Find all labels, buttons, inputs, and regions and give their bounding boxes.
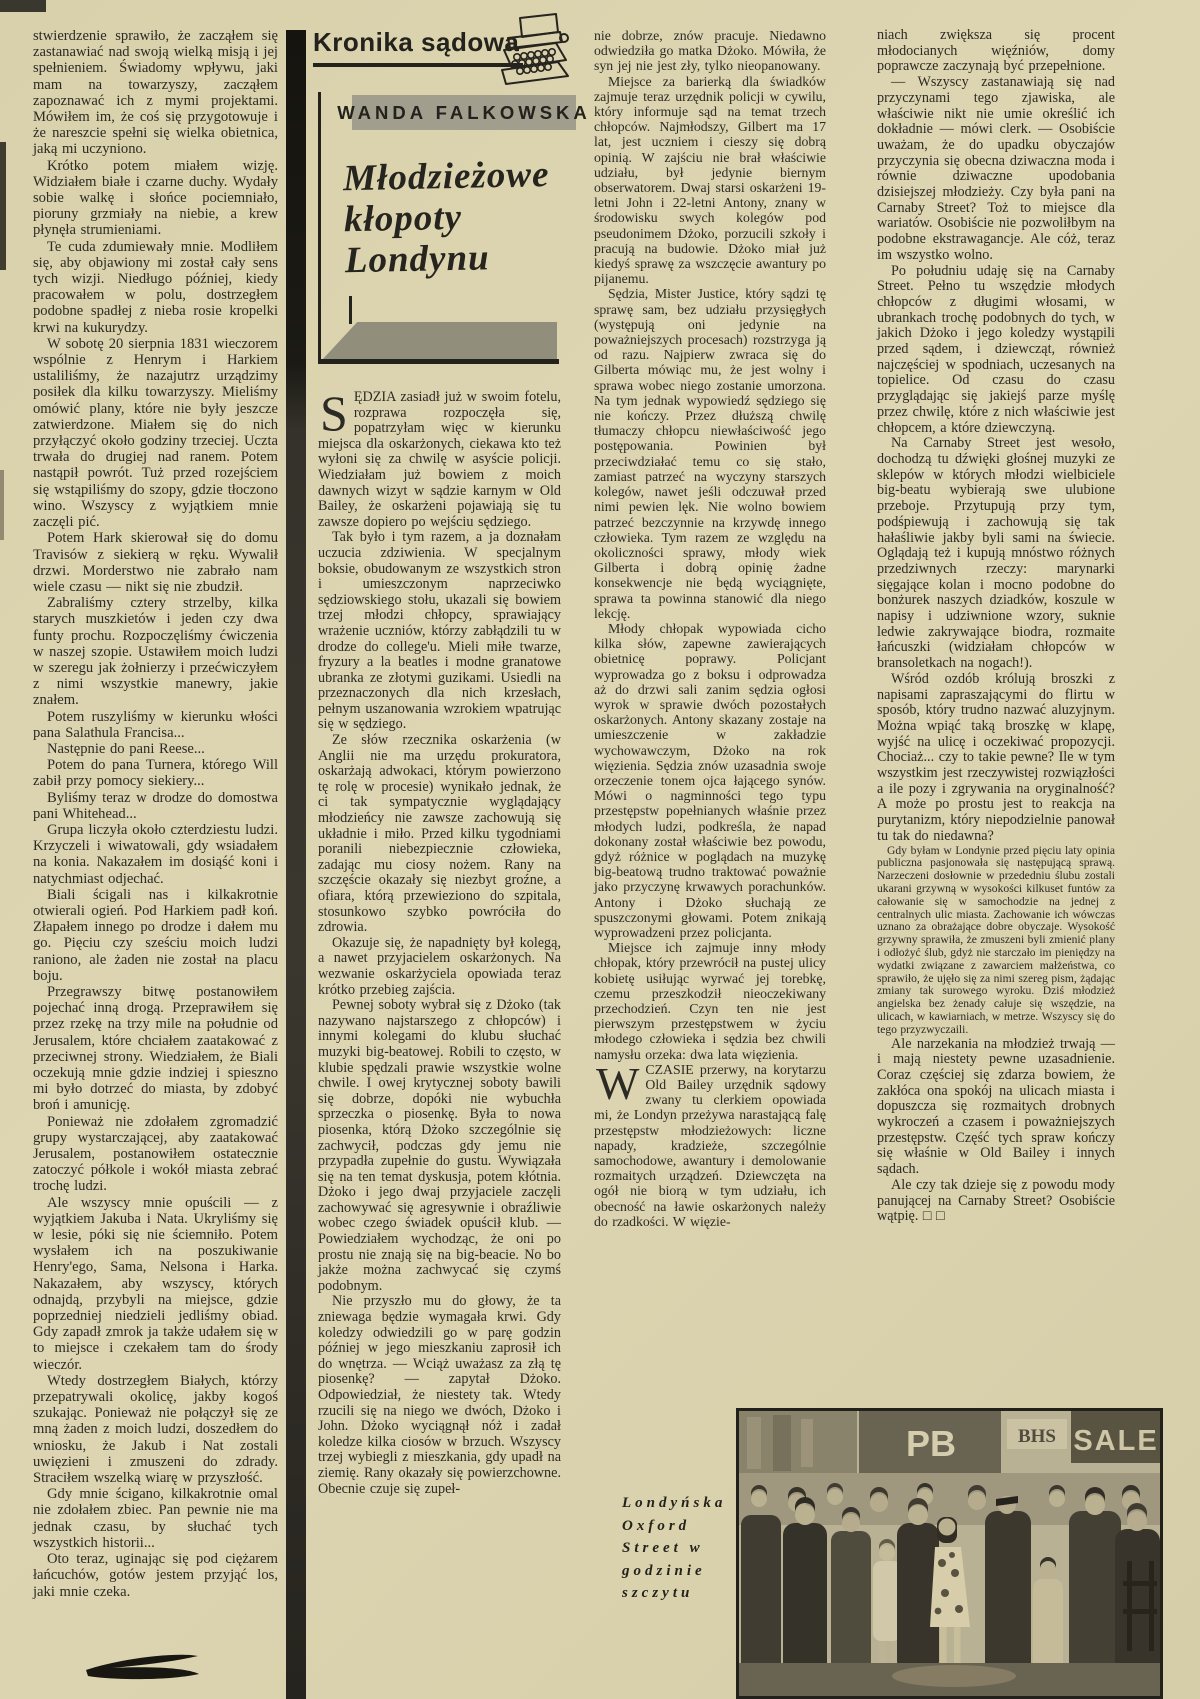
paragraph: Miejsce za barierką dla świadków zajmuje…: [594, 74, 826, 287]
column-1: stwierdzenie sprawiło, że zacząłem się z…: [33, 28, 278, 1600]
paragraph: Ale wszyscy mnie opuścili — z wyjątkiem …: [33, 1195, 278, 1373]
paragraph: Potem do pana Turnera, którego Will zabi…: [33, 757, 278, 789]
paragraph: — Wszyscy zastanawiają się nad przyczyna…: [877, 75, 1115, 263]
title-frame-left-rule: [318, 92, 321, 362]
paragraph: Wtedy dostrzegłem Białych, którzy przepa…: [33, 1373, 278, 1486]
title-frame-tick: [349, 296, 352, 324]
column-3: nie dobrze, znów pracuje. Niedawno odwie…: [594, 28, 826, 1229]
paragraph: W sobotę 20 sierpnia 1831 wieczorem wspó…: [33, 336, 278, 530]
paragraph: stwierdzenie sprawiło, że zacząłem się z…: [33, 28, 278, 158]
title-frame-bottom-rule: [318, 359, 559, 364]
paragraph: Biali ścigali nas i kilkakrotnie otwiera…: [33, 887, 278, 984]
lead-text: ĘDZIA zasiadł już w swoim fotelu, rozpra…: [318, 389, 561, 530]
paragraph: niach zwiększa się procent młodocianych …: [877, 28, 1115, 75]
ink-brush-mark: [82, 1648, 202, 1694]
scan-artifact-edge: [0, 142, 6, 270]
newspaper-page: Kronika sądowa WANDA FALKOWSKA Młodzieżo…: [0, 0, 1200, 1699]
typewriter-icon: [494, 12, 570, 90]
paragraph: Na Carnaby Street jest wesoło, dochodzą …: [877, 436, 1115, 672]
byline-author: WANDA FALKOWSKA: [337, 102, 591, 124]
column-4: niach zwiększa się procent młodocianych …: [877, 28, 1115, 1225]
paragraph: Te cuda zdumiewały mnie. Modliłem się, a…: [33, 239, 278, 336]
dropcap-s: S: [318, 390, 354, 433]
paragraph: Zabraliśmy cztery strzelby, kilka staryc…: [33, 595, 278, 708]
lead-paragraph: WCZASIE przerwy, na korytarzu Old Bailey…: [594, 1062, 826, 1229]
paragraph: Krótko potem miałem wizję. Widziałem bia…: [33, 158, 278, 239]
fine-print-paragraph: Gdy byłam w Londynie przed pięciu laty o…: [877, 845, 1115, 1037]
paragraph: Pewnej soboty wybrał się z Dżoko (tak na…: [318, 998, 561, 1294]
byline-bar: WANDA FALKOWSKA: [352, 95, 576, 130]
paragraph: Byliśmy teraz w drodze do domostwa pani …: [33, 790, 278, 822]
photo-illustration: PB BHS SALE: [739, 1411, 1160, 1696]
paragraph: Wśród ozdób królują broszki z napisami z…: [877, 672, 1115, 845]
paragraph: Następnie do pani Reese...: [33, 741, 278, 757]
paragraph: Nie przyszło mu do głowy, że ta zniewaga…: [318, 1294, 561, 1497]
scan-artifact-corner: [0, 0, 46, 12]
paragraph: Ze słów rzecznika oskarżenia (w Anglii n…: [318, 733, 561, 936]
column-divider-rule: [286, 30, 306, 1699]
street-photo: PB BHS SALE: [736, 1408, 1163, 1699]
paragraph: Sędzia, Mister Justice, który sądzi tę s…: [594, 286, 826, 620]
paragraph: Potem Hark skierował się do domu Travisó…: [33, 530, 278, 595]
paragraph: Oto teraz, uginając się pod ciężarem łań…: [33, 1551, 278, 1600]
dropcap-w: W: [594, 1062, 645, 1103]
paragraph: Miejsce ich zajmuje inny młody chłopak, …: [594, 940, 826, 1062]
paragraph: Tak było i tym razem, a ja doznałam uczu…: [318, 530, 561, 733]
closing-paragraph-with-end-marks: Ale czy tak dzieje się z powodu mody pan…: [877, 1178, 1115, 1225]
paragraph: Okazuje się, że napadnięty był kolegą, a…: [318, 936, 561, 998]
title-frame-shadow: [322, 322, 557, 360]
paragraph: Ale narzekania na młodzież trwają — i ma…: [877, 1037, 1115, 1178]
paragraph: nie dobrze, znów pracuje. Niedawno odwie…: [594, 28, 826, 74]
column-2: SĘDZIA zasiadł już w swoim fotelu, rozpr…: [318, 390, 561, 1497]
section-header: Kronika sądowa: [313, 27, 523, 67]
article-title: Młodzieżowe kłopoty Londynu: [343, 154, 566, 282]
paragraph: Gdy mnie ścigano, kilkakrotnie omal nie …: [33, 1486, 278, 1551]
paragraph: Ponieważ nie zdołałem zgromadzić grupy w…: [33, 1114, 278, 1195]
paragraph: Grupa liczyła około czterdziestu ludzi. …: [33, 822, 278, 887]
paragraph: Przegrawszy bitwę postanowiłem pojechać …: [33, 984, 278, 1114]
photo-caption: Londyńska Oxford Street w godzinie szczy…: [622, 1492, 742, 1605]
paragraph: Po południu udaję się na Carnaby Street.…: [877, 264, 1115, 437]
paragraph: Młody chłopak wypowiada cicho kilka słów…: [594, 621, 826, 940]
paragraph: Potem ruszyliśmy w kierunku włości pana …: [33, 709, 278, 741]
scan-artifact-edge: [0, 470, 4, 540]
lead-paragraph: SĘDZIA zasiadł już w swoim fotelu, rozpr…: [318, 390, 561, 530]
